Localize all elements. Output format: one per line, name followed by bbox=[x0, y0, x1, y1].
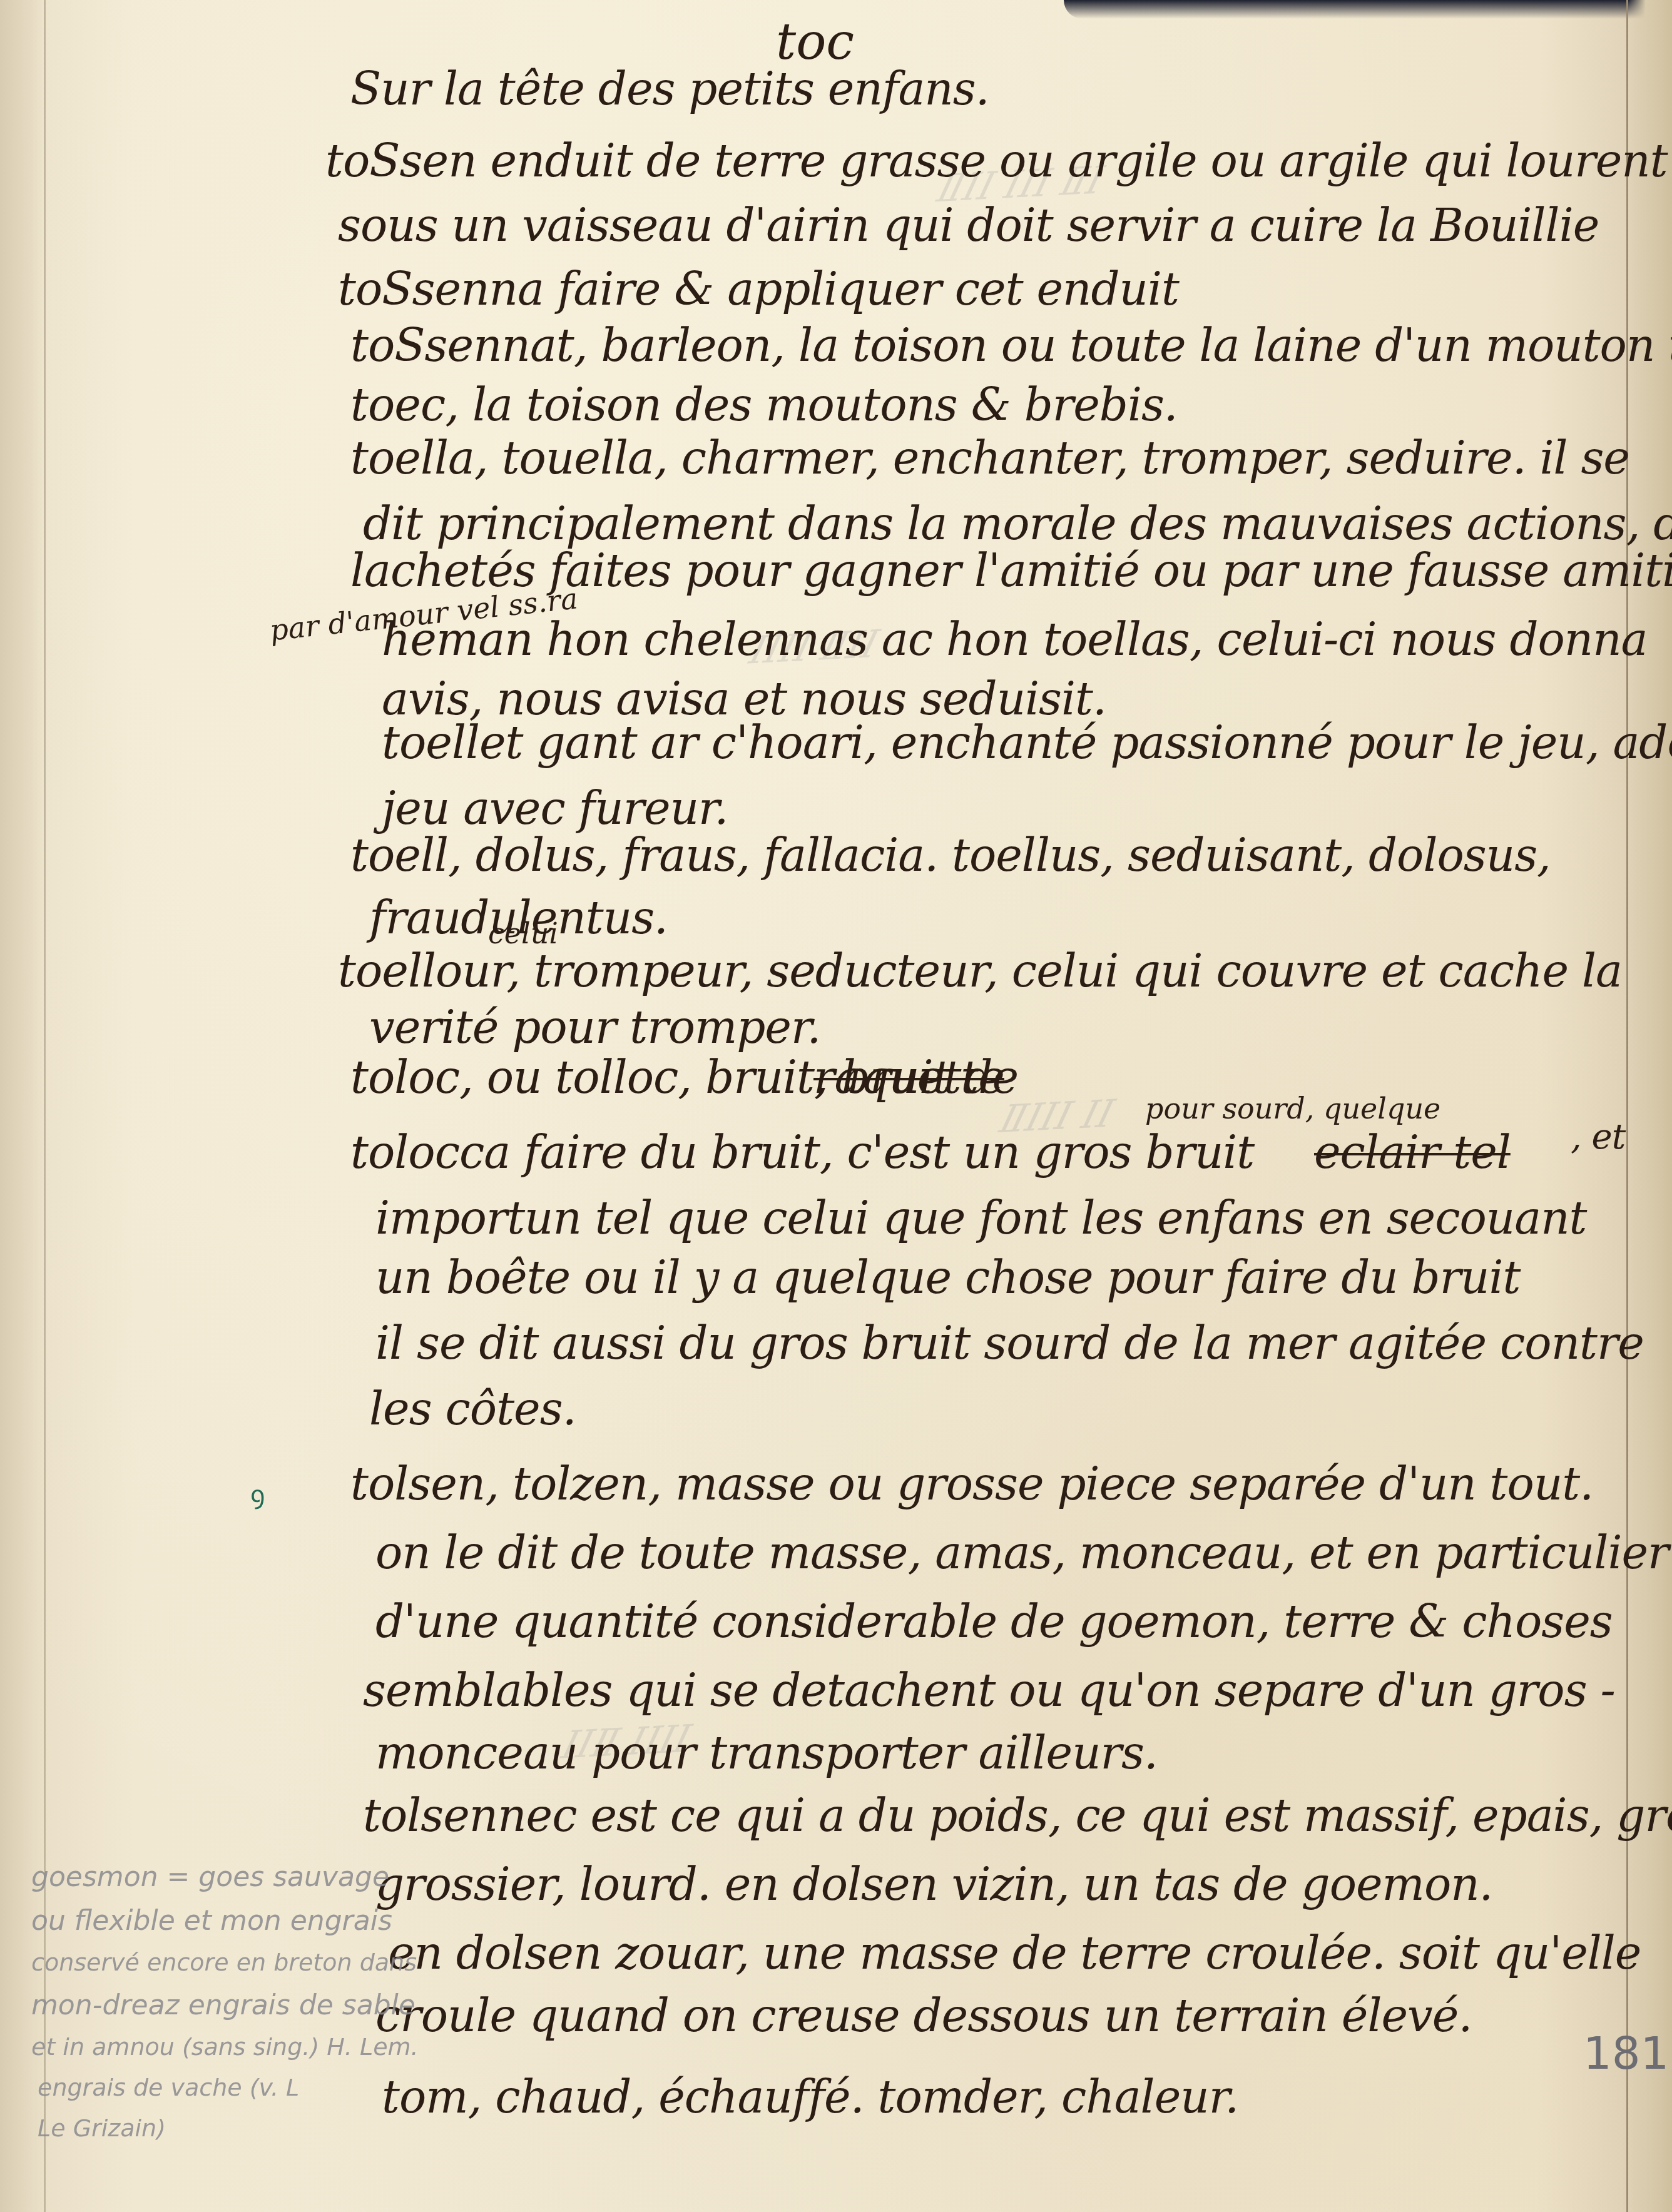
manuscript-line: il se dit aussi du gros bruit sourd de l… bbox=[375, 1317, 1644, 1369]
manuscript-line: tolsen, tolzen, masse ou grosse piece se… bbox=[350, 1458, 1593, 1510]
manuscript-line: toec, la toison des moutons & brebis. bbox=[350, 378, 1178, 431]
struck-word: raquette bbox=[813, 1051, 1004, 1103]
manuscript-line: dit principalement dans la morale des ma… bbox=[363, 497, 1672, 550]
pencil-note-line: et in amnou (sans sing.) H. Lem. bbox=[31, 2033, 419, 2061]
manuscript-line: les côtes. bbox=[369, 1382, 576, 1435]
manuscript-line: toella, touella, charmer, enchanter, tro… bbox=[350, 432, 1629, 484]
pencil-note-line: Le Grizain) bbox=[38, 2114, 166, 2142]
manuscript-line: monceau pour transporter ailleurs. bbox=[375, 1727, 1158, 1779]
manuscript-line: , et bbox=[1571, 1117, 1625, 1157]
manuscript-line: toSsen enduit de terre grasse ou argile … bbox=[325, 134, 1668, 187]
interlinear-note: pour sourd, quelque bbox=[1145, 1092, 1440, 1125]
pencil-note-line: conservé encore en breton dans bbox=[31, 1949, 417, 1976]
manuscript-line: toellet gant ar c'hoari, enchanté passio… bbox=[382, 716, 1672, 769]
manuscript-line: semblables qui se detachent ou qu'on sep… bbox=[363, 1664, 1615, 1717]
manuscript-line: jeu avec fureur. bbox=[382, 782, 728, 835]
manuscript-line: toSsennat, barleon, la toison ou toute l… bbox=[350, 319, 1672, 372]
pencil-note-line: goesmon = goes sauvage bbox=[31, 1861, 389, 1893]
manuscript-line: croule quand on creuse dessous un terrai… bbox=[375, 1989, 1472, 2042]
manuscript-line: importun tel que celui que font les enfa… bbox=[375, 1192, 1586, 1244]
manuscript-page: ⅡⅠⅠ ⅠⅠⅠ ⅡⅠ ⅠⅠⅠⅠ ⅡⅠⅠ ⅡⅠⅠⅠ ⅠⅠ ⅠⅠⅡ ⅠⅠⅠⅠ toc… bbox=[0, 0, 1672, 2212]
manuscript-line: on le dit de toute masse, amas, monceau,… bbox=[375, 1526, 1669, 1579]
manuscript-line: d'une quantité considerable de goemon, t… bbox=[375, 1595, 1613, 1648]
manuscript-line: grossier, lourd. en dolsen vizin, un tas… bbox=[375, 1858, 1493, 1910]
manuscript-line: tom, chaud, échauffé. tomder, chaleur. bbox=[382, 2071, 1238, 2123]
manuscript-line: toSsenna faire & appliquer cet enduit bbox=[338, 263, 1179, 315]
pencil-note-line: mon-dreaz engrais de sable bbox=[31, 1989, 415, 2021]
struck-word: eclair tel bbox=[1314, 1126, 1511, 1179]
manuscript-line: tolsennec est ce qui a du poids, ce qui … bbox=[363, 1789, 1672, 1842]
manuscript-line: sous un vaisseau d'airin qui doit servir… bbox=[338, 199, 1599, 251]
pencil-note-line: engrais de vache (v. L bbox=[38, 2074, 299, 2101]
green-ink-mark: ꝯ bbox=[250, 1476, 265, 1511]
manuscript-line: en dolsen zouar, une masse de terre crou… bbox=[388, 1927, 1641, 1979]
manuscript-line: toell, dolus, fraus, fallacia. toellus, … bbox=[350, 829, 1551, 881]
manuscript-line: toellour, trompeur, seducteur, celui qui… bbox=[338, 945, 1622, 997]
manuscript-line: verité pour tromper. bbox=[369, 1001, 820, 1053]
manuscript-line: un boête ou il y a quelque chose pour fa… bbox=[375, 1251, 1520, 1304]
pencil-note-line: ou flexible et mon engrais bbox=[31, 1905, 392, 1937]
manuscript-line: tolocca faire du bruit, c'est un gros br… bbox=[350, 1126, 1254, 1179]
manuscript-line: heman hon chelennas ac hon toellas, celu… bbox=[382, 613, 1648, 666]
manuscript-line: Sur la tête des petits enfans. bbox=[350, 63, 989, 115]
top-binding-shadow bbox=[1064, 0, 1672, 19]
folio-number: 181 bbox=[1583, 2027, 1669, 2079]
